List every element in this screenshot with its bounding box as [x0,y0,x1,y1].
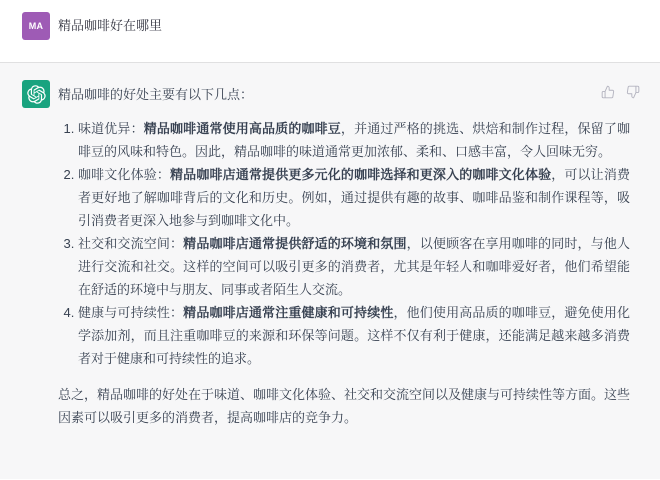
thumbs-down-icon [626,85,640,99]
user-message-text: 精品咖啡好在哪里 [58,12,162,40]
openai-logo-icon [27,85,46,104]
list-item-bold: 精品咖啡通常使用高品质的咖啡豆 [144,121,341,136]
assistant-summary: 总之，精品咖啡的好处在于味道、咖啡文化体验、社交和交流空间以及健康与可持续性等方… [58,383,630,429]
assistant-intro: 精品咖啡的好处主要有以下几点： [58,83,630,106]
thumbs-down-button[interactable] [626,85,640,99]
list-item-taste: 味道优异：精品咖啡通常使用高品质的咖啡豆，并通过严格的挑选、烘焙和制作过程，保留… [78,117,630,163]
user-avatar: MA [22,12,50,40]
list-item-bold: 精品咖啡店通常注重健康和可持续性 [183,305,393,320]
list-item-bold: 精品咖啡店通常提供更多元化的咖啡选择和更深入的咖啡文化体验 [170,167,551,182]
feedback-controls [601,85,640,99]
assistant-avatar [22,80,50,108]
assistant-message: 精品咖啡的好处主要有以下几点： 味道优异：精品咖啡通常使用高品质的咖啡豆，并通过… [0,62,660,479]
list-item-social: 社交和交流空间：精品咖啡店通常提供舒适的环境和氛围，以便顾客在享用咖啡的同时，与… [78,232,630,301]
list-item-term: 健康与可持续性： [78,305,183,320]
list-item-term: 味道优异： [78,121,144,136]
list-item-bold: 精品咖啡店通常提供舒适的环境和氛围 [183,236,406,251]
chat-container: MA 精品咖啡好在哪里 精品咖啡的好处主要有以下几点： 味道优异：精品咖啡通常使… [0,0,660,480]
thumbs-up-button[interactable] [601,85,615,99]
thumbs-up-icon [601,85,615,99]
list-item-health: 健康与可持续性：精品咖啡店通常注重健康和可持续性，他们使用高品质的咖啡豆，避免使… [78,301,630,370]
benefit-list: 味道优异：精品咖啡通常使用高品质的咖啡豆，并通过严格的挑选、烘焙和制作过程，保留… [58,117,630,370]
list-item-term: 社交和交流空间： [78,236,183,251]
assistant-message-body: 精品咖啡的好处主要有以下几点： 味道优异：精品咖啡通常使用高品质的咖啡豆，并通过… [58,80,630,429]
user-message: MA 精品咖啡好在哪里 [0,0,660,62]
list-item-term: 咖啡文化体验： [78,167,170,182]
list-item-culture: 咖啡文化体验：精品咖啡店通常提供更多元化的咖啡选择和更深入的咖啡文化体验，可以让… [78,163,630,232]
